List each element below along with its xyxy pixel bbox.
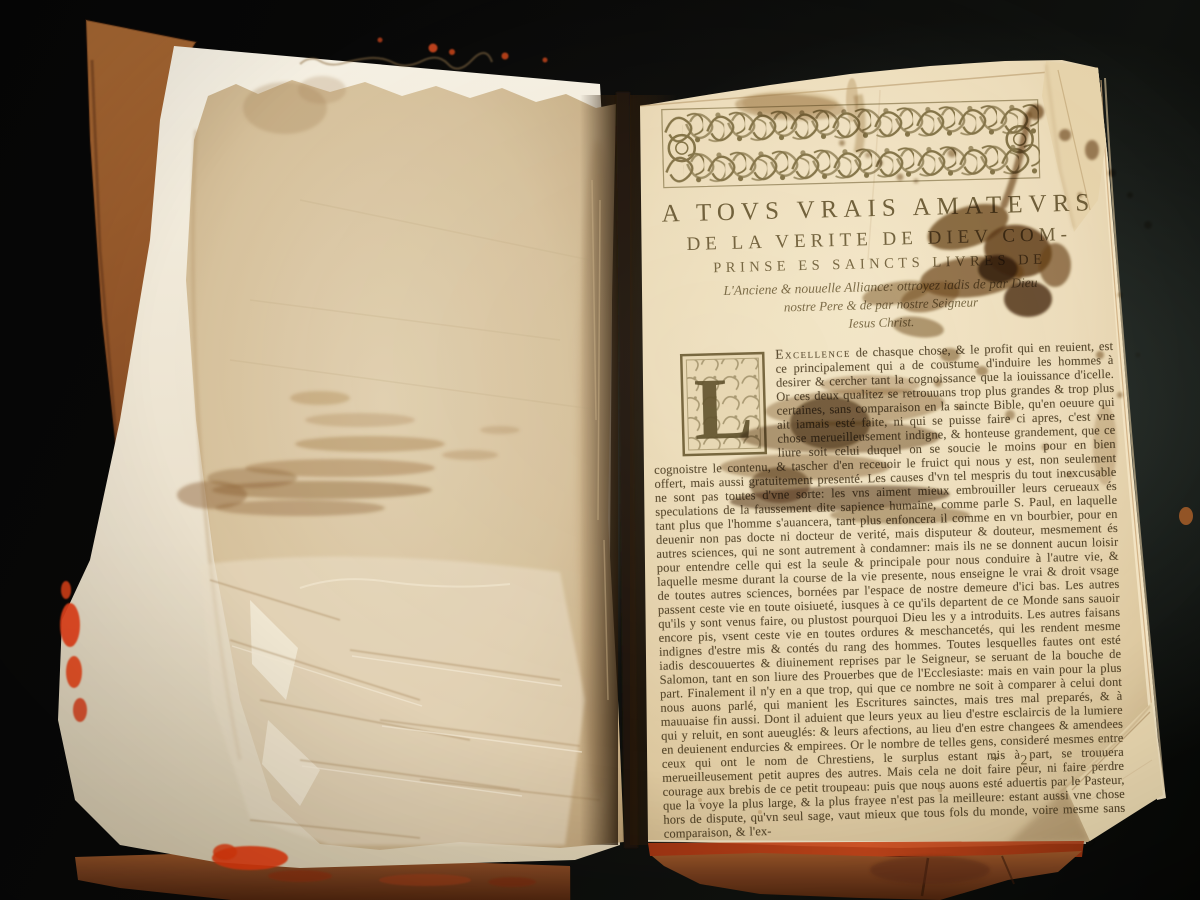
- preface-title-block: A TOVS VRAIS AMATEVRS DE LA VERITE DE DI…: [647, 189, 1112, 337]
- signature-mark: * 2: [992, 753, 1037, 770]
- preface-body-text: L Excellence de chasque chose, & le prof…: [651, 339, 1126, 841]
- drop-cap-initial: L: [679, 351, 768, 457]
- drop-cap-letter: L: [693, 360, 754, 457]
- photo-scene: A TOVS VRAIS AMATEVRS DE LA VERITE DE DI…: [0, 0, 1200, 900]
- crumpled-flyleaf-area: [200, 556, 600, 845]
- preface-page-content: A TOVS VRAIS AMATEVRS DE LA VERITE DE DI…: [644, 87, 1125, 823]
- title-line-1: A TOVS VRAIS AMATEVRS: [647, 189, 1110, 229]
- arabesque-headpiece-icon: [661, 99, 1041, 189]
